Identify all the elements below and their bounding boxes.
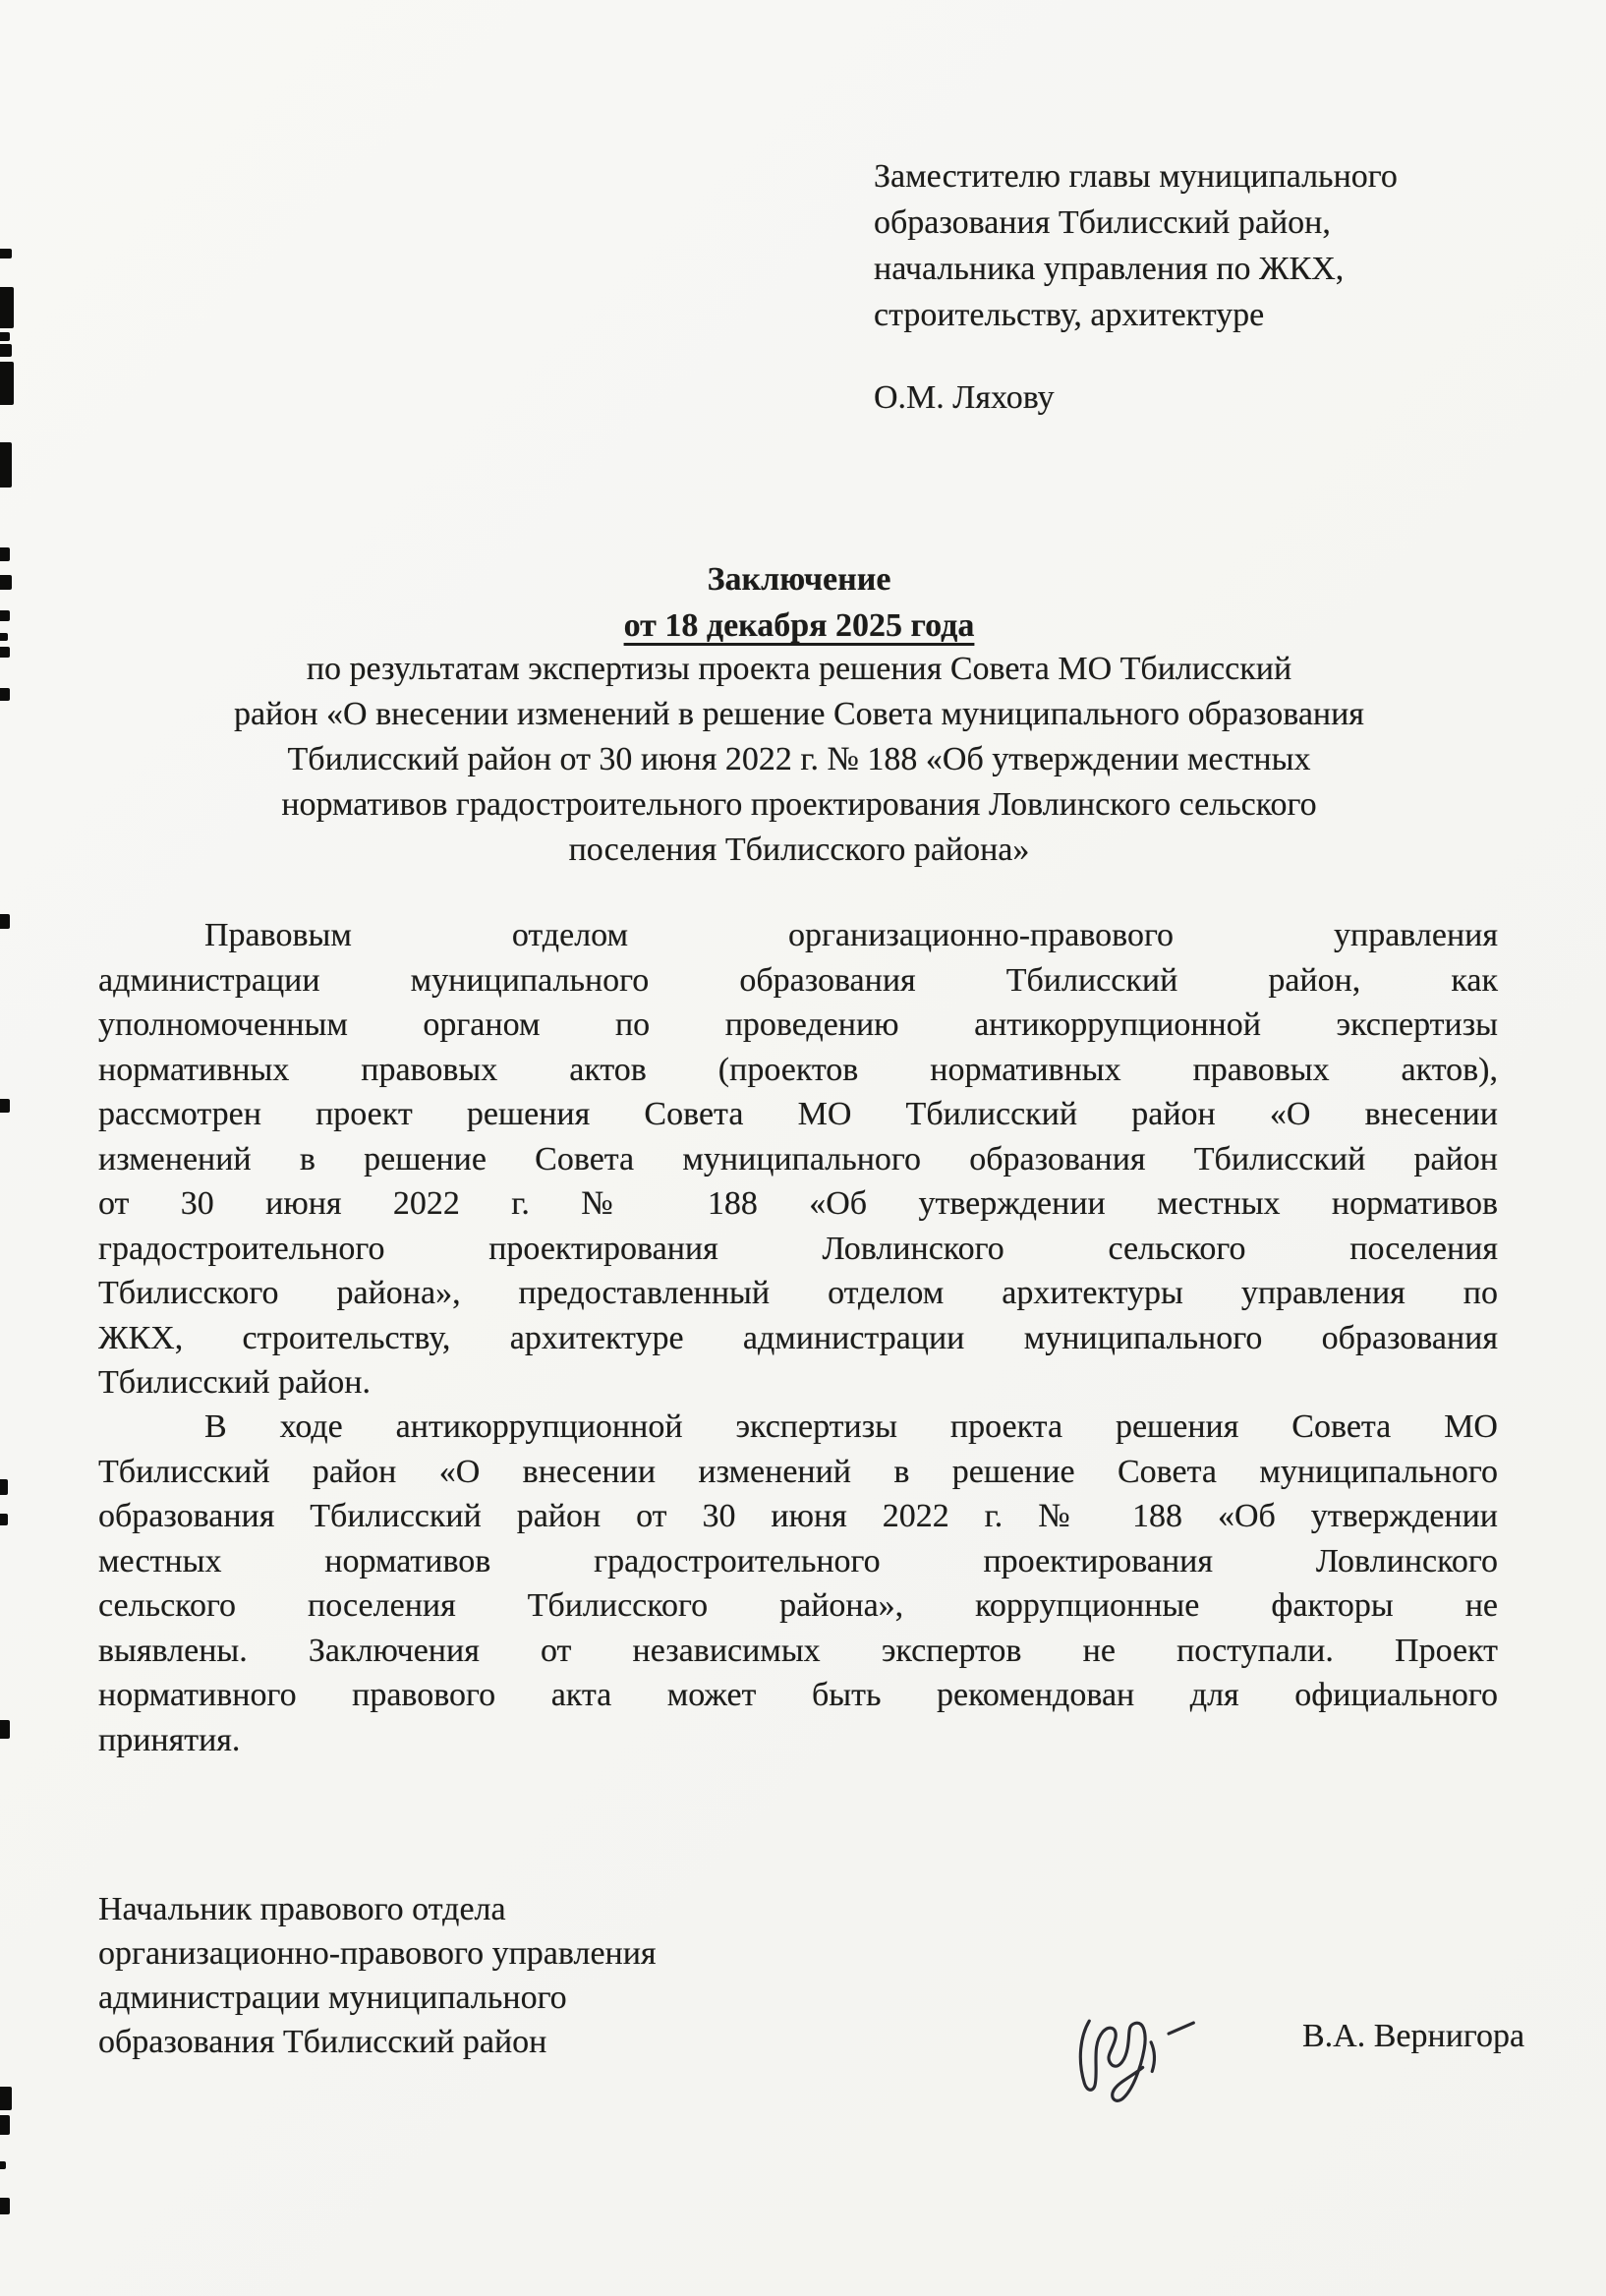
signature-title-line: образования Тбилисский район [98, 2020, 845, 2064]
scan-mark [0, 249, 12, 258]
paragraph-line: администрации муниципального образования… [98, 958, 1498, 1004]
paragraph-line: уполномоченным органом по проведению ант… [98, 1003, 1498, 1048]
subject-line: нормативов градостроительного проектиров… [98, 782, 1500, 828]
subject-line: Тбилисский район от 30 июня 2022 г. № 18… [98, 737, 1500, 782]
addressee-line: строительству, архитектуре [874, 292, 1444, 338]
paragraph-line: нормативных правовых актов (проектов нор… [98, 1048, 1498, 1093]
paragraph-line: Тбилисского района», предоставленный отд… [98, 1271, 1498, 1316]
paragraph-line: Тбилисский район «О внесении изменений в… [98, 1450, 1498, 1495]
paragraph-line: от 30 июня 2022 г. № 188 «Об утверждении… [98, 1181, 1498, 1227]
scan-mark [0, 647, 10, 658]
paragraph-line: образования Тбилисский район от 30 июня … [98, 1494, 1498, 1539]
paragraph-line: градостроительного проектирования Ловлин… [98, 1227, 1498, 1272]
paragraph-line: Тбилисский район. [98, 1360, 1498, 1406]
scan-mark [0, 914, 10, 929]
scan-mark [0, 1720, 10, 1739]
scan-mark [0, 362, 14, 405]
addressee-line: начальника управления по ЖКХ, [874, 246, 1444, 292]
paragraph-line: принятия. [98, 1718, 1498, 1763]
scan-mark [0, 2198, 10, 2214]
scan-mark [0, 688, 10, 701]
scan-mark [0, 575, 12, 590]
scan-mark [0, 610, 10, 621]
paragraph-line: сельского поселения Тбилисского района»,… [98, 1583, 1498, 1629]
paragraph-2: В ходе антикоррупционной экспертизы прое… [98, 1405, 1498, 1762]
signature-title-block: Начальник правового отдела организационн… [98, 1887, 845, 2064]
subject-block: по результатам экспертизы проекта решени… [98, 647, 1500, 873]
addressee-name: О.М. Ляхову [874, 374, 1444, 421]
subject-line: по результатам экспертизы проекта решени… [98, 647, 1500, 692]
document-title: Заключение [98, 556, 1500, 603]
addressee-line: Заместителю главы муниципального [874, 153, 1444, 200]
signature-title-line: организационно-правового управления [98, 1931, 845, 1976]
subject-line: поселения Тбилисского района» [98, 828, 1500, 873]
subject-line: район «О внесении изменений в решение Со… [98, 692, 1500, 737]
paragraph-line: ЖКХ, строительству, архитектуре админист… [98, 1316, 1498, 1361]
paragraph-line: Правовым отделом организационно-правовог… [98, 913, 1498, 958]
addressee-line: образования Тбилисский район, [874, 200, 1444, 246]
paragraph-line: нормативного правового акта может быть р… [98, 1673, 1498, 1718]
scan-mark [0, 2087, 12, 2110]
title-block: Заключение от 18 декабря 2025 года [98, 556, 1500, 649]
signature-title-line: администрации муниципального [98, 1976, 845, 2020]
scan-mark [0, 2161, 6, 2169]
scan-mark [0, 1479, 8, 1495]
signer-name: В.А. Вернигора [1302, 2020, 1524, 2053]
paragraph-1: Правовым отделом организационно-правовог… [98, 913, 1498, 1406]
paragraph-line: рассмотрен проект решения Совета МО Тбил… [98, 1092, 1498, 1137]
scan-mark [0, 442, 12, 488]
document-page: Заместителю главы муниципального образов… [0, 0, 1606, 2296]
paragraph-line: изменений в решение Совета муниципальног… [98, 1137, 1498, 1182]
scan-mark [0, 2115, 10, 2135]
scan-mark [0, 547, 10, 561]
scan-mark [0, 287, 14, 328]
paragraph-line: выявлены. Заключения от независимых эксп… [98, 1629, 1498, 1674]
paragraph-line: местных нормативов градостроительного пр… [98, 1539, 1498, 1584]
scan-mark [0, 332, 10, 341]
signature-title-line: Начальник правового отдела [98, 1887, 845, 1931]
scan-mark [0, 344, 12, 357]
addressee-block: Заместителю главы муниципального образов… [874, 153, 1444, 421]
scan-mark [0, 633, 8, 641]
scan-mark [0, 1514, 8, 1525]
handwritten-signature-icon [1057, 1998, 1219, 2109]
scan-mark [0, 1099, 10, 1113]
document-date: от 18 декабря 2025 года [98, 603, 1500, 649]
paragraph-line: В ходе антикоррупционной экспертизы прое… [98, 1405, 1498, 1450]
